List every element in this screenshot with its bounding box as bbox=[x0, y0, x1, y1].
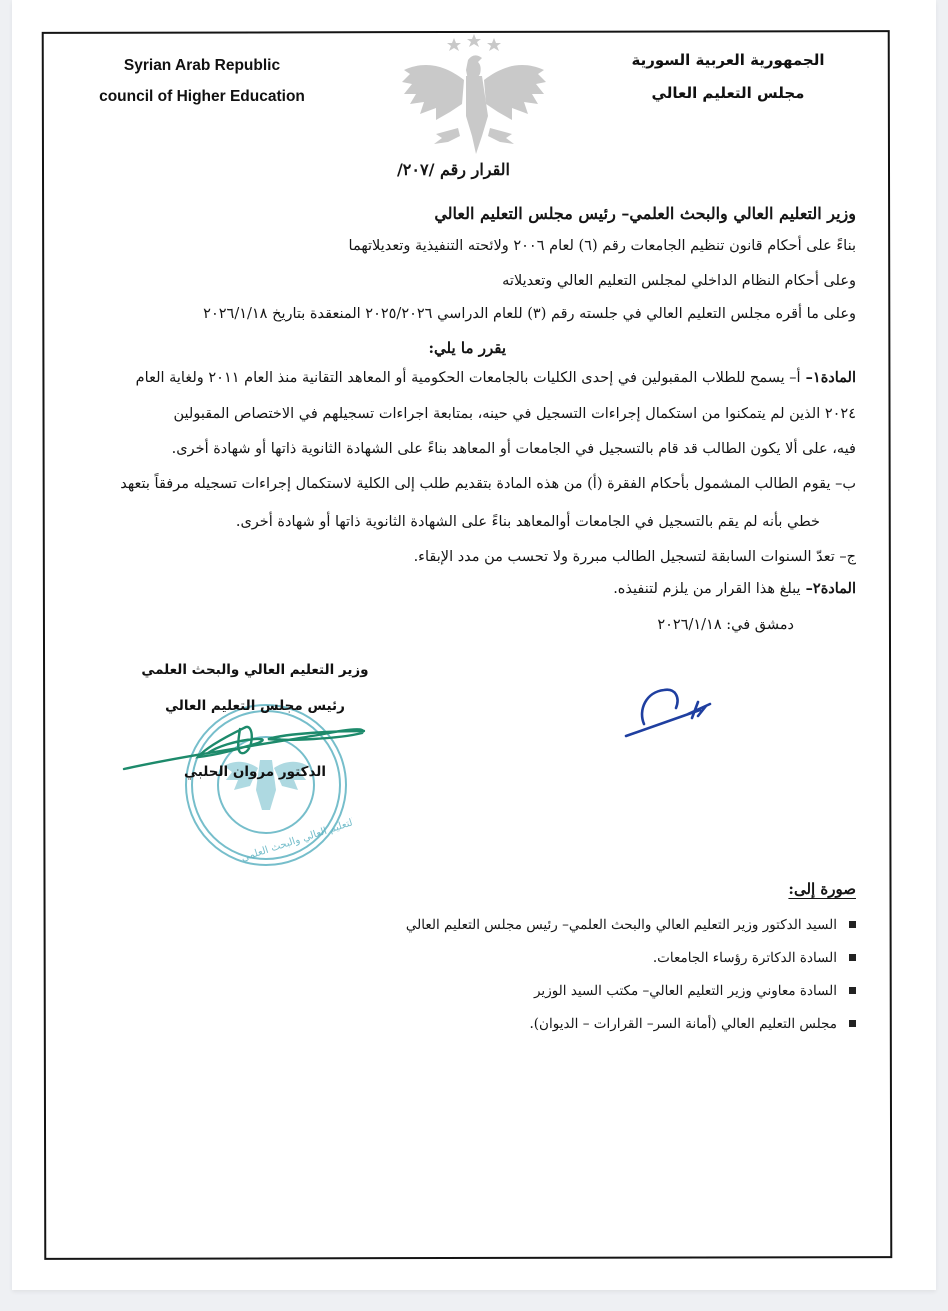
article-1-c: ج– تعدّ السنوات السابقة لتسجيل الطالب مب… bbox=[414, 549, 856, 565]
place-date: دمشق في: ٢٠٢٦/١/١٨ bbox=[657, 617, 794, 633]
article-1-a-line-2: ٢٠٢٤ الذين لم يتمكنوا من استكمال إجراءات… bbox=[174, 406, 856, 422]
signatory-title-2: رئيس مجلس التعليم العالي bbox=[110, 698, 400, 714]
header-english-country: Syrian Arab Republic bbox=[82, 50, 322, 81]
article-1-a-line-3: فيه، على ألا يكون الطالب قد قام بالتسجيل… bbox=[172, 441, 856, 457]
cc-item: مجلس التعليم العالي (أمانة السر– القرارا… bbox=[356, 1007, 856, 1040]
cc-heading: صورة إلى: bbox=[788, 880, 856, 898]
eagle-emblem-icon bbox=[396, 30, 552, 158]
article-1-line-1: المادة١– أ– يسمح للطلاب المقبولين في إحد… bbox=[136, 369, 856, 386]
signatory-title-1: وزير التعليم العالي والبحث العلمي bbox=[110, 662, 400, 678]
square-bullet-icon bbox=[849, 987, 856, 994]
cc-list: السيد الدكتور وزير التعليم العالي والبحث… bbox=[356, 908, 856, 1040]
header-english-council: council of Higher Education bbox=[82, 81, 322, 112]
square-bullet-icon bbox=[849, 954, 856, 961]
header-arabic: الجمهورية العربية السورية مجلس التعليم ا… bbox=[628, 44, 828, 110]
decision-number: القرار رقم /٢٠٧/ bbox=[397, 160, 510, 179]
article-1-b-line-2: خطي بأنه لم يقم بالتسجيل في الجامعات أوا… bbox=[236, 514, 820, 530]
cc-item-text: مجلس التعليم العالي (أمانة السر– القرارا… bbox=[530, 1016, 838, 1032]
issuer-title: وزير التعليم العالي والبحث العلمي– رئيس … bbox=[434, 204, 856, 223]
cc-item-text: السيد الدكتور وزير التعليم العالي والبحث… bbox=[406, 917, 837, 933]
preamble-line-3: وعلى ما أقره مجلس التعليم العالي في جلست… bbox=[203, 306, 856, 322]
cc-item-text: السادة الدكاترة رؤساء الجامعات. bbox=[653, 950, 837, 966]
decides-heading: يقرر ما يلي: bbox=[428, 339, 506, 357]
square-bullet-icon bbox=[849, 1020, 856, 1027]
preamble-line-2: وعلى أحكام النظام الداخلي لمجلس التعليم … bbox=[502, 273, 856, 289]
cc-item: السادة الدكاترة رؤساء الجامعات. bbox=[356, 941, 856, 974]
article-1-b-line-1: ب– يقوم الطالب المشمول بأحكام الفقرة (أ)… bbox=[120, 476, 856, 492]
signatory-name: الدكتور مروان الحلبي bbox=[110, 764, 400, 780]
header-arabic-council: مجلس التعليم العالي bbox=[628, 77, 828, 110]
article-2-text: يبلغ هذا القرار من يلزم لتنفيذه. bbox=[613, 581, 800, 597]
cc-item-text: السادة معاوني وزير التعليم العالي– مكتب … bbox=[534, 983, 837, 999]
article-1-a-line-1: أ– يسمح للطلاب المقبولين في إحدى الكليات… bbox=[136, 370, 801, 386]
article-2-label: المادة٢– bbox=[801, 580, 856, 597]
preamble-line-1: بناءً على أحكام قانون تنظيم الجامعات رقم… bbox=[349, 238, 856, 254]
stamp-text: وزارة التعليم العالي والبحث العلمي bbox=[240, 809, 352, 864]
header-english: Syrian Arab Republic council of Higher E… bbox=[82, 50, 322, 112]
square-bullet-icon bbox=[849, 921, 856, 928]
article-2: المادة٢– يبلغ هذا القرار من يلزم لتنفيذه… bbox=[613, 580, 856, 597]
signature-blue-icon bbox=[618, 680, 718, 742]
header-arabic-country: الجمهورية العربية السورية bbox=[628, 44, 828, 77]
cc-item: السادة معاوني وزير التعليم العالي– مكتب … bbox=[356, 974, 856, 1007]
article-1-label: المادة١– bbox=[801, 369, 856, 386]
cc-item: السيد الدكتور وزير التعليم العالي والبحث… bbox=[356, 908, 856, 941]
